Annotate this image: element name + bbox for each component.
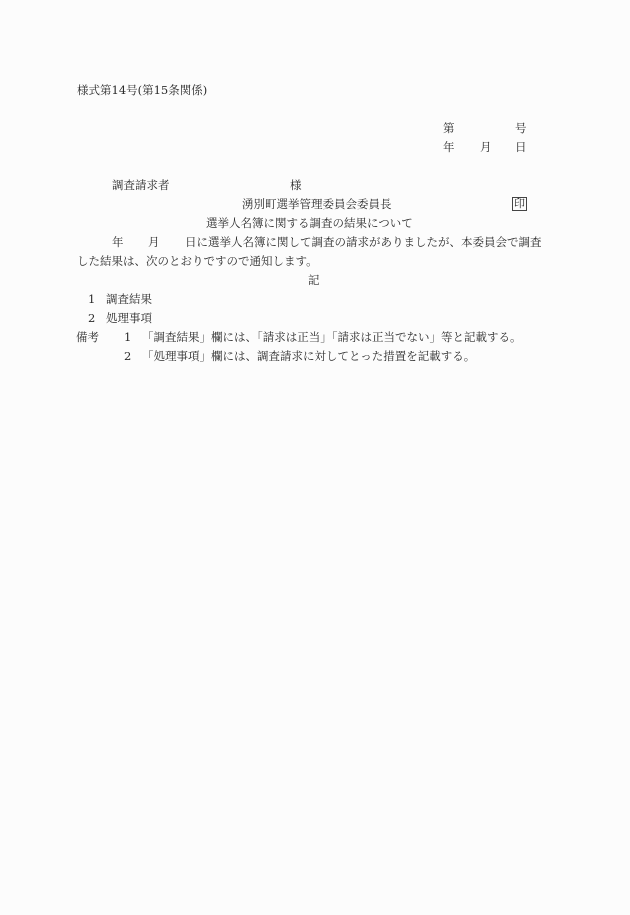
item-2-label: 処理事項 (106, 311, 152, 325)
number-prefix: 第 (443, 121, 455, 135)
remark-2-text: 「処理事項」欄には、調査請求に対してとった措置を記載する。 (142, 349, 475, 363)
seal-mark: 印 (512, 197, 527, 211)
item-1-label: 調査結果 (106, 292, 152, 306)
remark-1-num: 1 (124, 330, 131, 344)
sender-name: 湧別町選挙管理委員会委員長 (242, 197, 392, 211)
addressee-honorific: 様 (290, 178, 302, 192)
ki-heading: 記 (308, 273, 320, 287)
date-year: 年 (443, 140, 455, 154)
item-1-num: 1 (88, 292, 95, 306)
item-2-num: 2 (88, 311, 95, 325)
body-date-year: 年 (112, 235, 124, 249)
date-day: 日 (515, 140, 527, 154)
remarks-label: 備考 (76, 330, 99, 344)
document-page: 様式第14号(第15条関係) 第 号 年 月 日 調査請求者 様 湧別町選挙管理… (0, 0, 630, 915)
addressee-label: 調査請求者 (112, 178, 170, 192)
body-date-month: 月 (148, 235, 160, 249)
date-month: 月 (480, 140, 492, 154)
number-suffix: 号 (515, 121, 527, 135)
body-line2: した結果は、次のとおりですので通知します。 (77, 254, 318, 268)
remark-2-num: 2 (124, 349, 131, 363)
form-label: 様式第14号(第15条関係) (77, 83, 207, 97)
remark-1-text: 「調査結果」欄には、「請求は正当」「請求は正当でない」等と記載する。 (142, 330, 522, 344)
body-line1: 日に選挙人名簿に関して調査の請求がありましたが、本委員会で調査 (185, 235, 542, 249)
document-title: 選挙人名簿に関する調査の結果について (206, 216, 413, 230)
